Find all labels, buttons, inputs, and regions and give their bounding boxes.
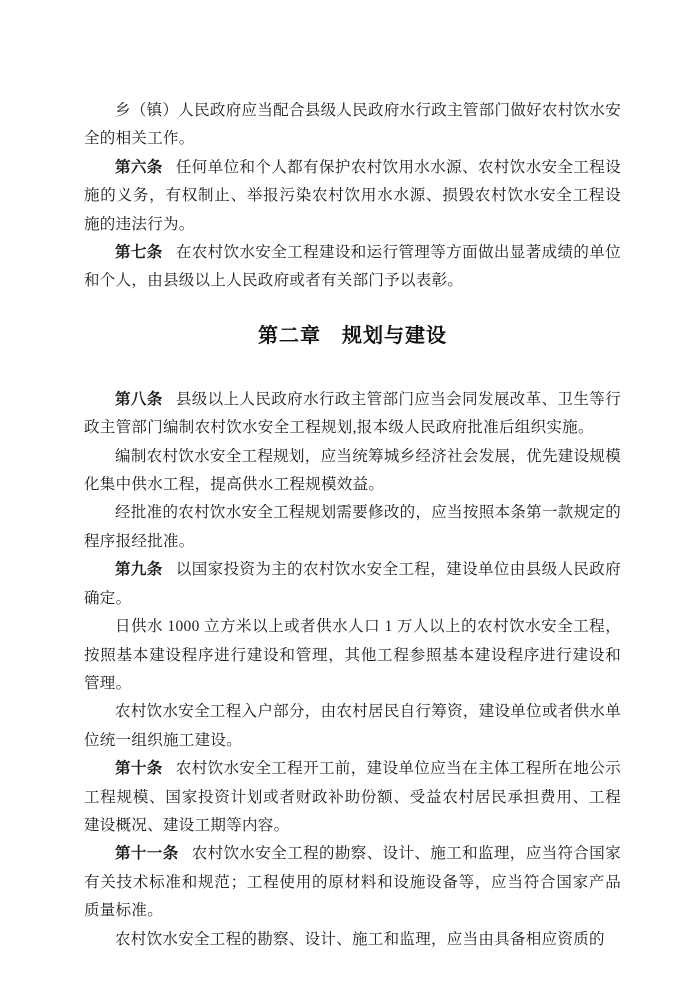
paragraph: 乡（镇）人民政府应当配合县级人民政府水行政主管部门做好农村饮水安全的相关工作。 bbox=[84, 97, 621, 154]
article-number: 第十条 bbox=[115, 760, 163, 777]
article-number: 第八条 bbox=[115, 391, 163, 408]
paragraph-article-7: 第七条在农村饮水安全工程建设和运行管理等方面做出显著成绩的单位和个人，由县级以上… bbox=[84, 239, 621, 296]
document-page: 乡（镇）人民政府应当配合县级人民政府水行政主管部门做好农村饮水安全的相关工作。 … bbox=[0, 0, 695, 982]
paragraph-text: 县级以上人民政府水行政主管部门应当会同发展改革、卫生等行政主管部门编制农村饮水安… bbox=[84, 391, 621, 436]
paragraph-text: 经批准的农村饮水安全工程规划需要修改的，应当按照本条第一款规定的程序报经批准。 bbox=[84, 504, 621, 549]
paragraph-text: 农村饮水安全工程的勘察、设计、施工和监理，应当由具备相应资质的 bbox=[115, 931, 605, 948]
paragraph-text: 以国家投资为主的农村饮水安全工程，建设单位由县级人民政府确定。 bbox=[84, 561, 621, 606]
paragraph: 农村饮水安全工程的勘察、设计、施工和监理，应当由具备相应资质的 bbox=[84, 926, 621, 954]
paragraph: 农村饮水安全工程入户部分，由农村居民自行筹资，建设单位或者供水单位统一组织施工建… bbox=[84, 698, 621, 755]
paragraph-article-9: 第九条以国家投资为主的农村饮水安全工程，建设单位由县级人民政府确定。 bbox=[84, 556, 621, 613]
paragraph-text: 农村饮水安全工程入户部分，由农村居民自行筹资，建设单位或者供水单位统一组织施工建… bbox=[84, 703, 621, 748]
paragraph-text: 任何单位和个人都有保护农村饮用水水源、农村饮水安全工程设施的义务，有权制止、举报… bbox=[84, 159, 621, 233]
paragraph-text: 乡（镇）人民政府应当配合县级人民政府水行政主管部门做好农村饮水安全的相关工作。 bbox=[84, 102, 621, 147]
paragraph-text: 编制农村饮水安全工程规划，应当统筹城乡经济社会发展，优先建设规模化集中供水工程，… bbox=[84, 448, 621, 493]
paragraph: 编制农村饮水安全工程规划，应当统筹城乡经济社会发展，优先建设规模化集中供水工程，… bbox=[84, 443, 621, 500]
article-number: 第十一条 bbox=[115, 845, 179, 862]
chapter-heading: 第二章 规划与建设 bbox=[84, 323, 621, 349]
article-number: 第六条 bbox=[115, 159, 163, 176]
paragraph-text: 农村饮水安全工程开工前，建设单位应当在主体工程所在地公示工程规模、国家投资计划或… bbox=[84, 760, 621, 834]
document-body: 乡（镇）人民政府应当配合县级人民政府水行政主管部门做好农村饮水安全的相关工作。 … bbox=[84, 97, 621, 954]
article-number: 第七条 bbox=[115, 244, 163, 261]
paragraph: 日供水 1000 立方米以上或者供水人口 1 万人以上的农村饮水安全工程，按照基… bbox=[84, 613, 621, 698]
paragraph-text: 日供水 1000 立方米以上或者供水人口 1 万人以上的农村饮水安全工程，按照基… bbox=[84, 618, 621, 692]
paragraph-article-11: 第十一条农村饮水安全工程的勘察、设计、施工和监理，应当符合国家有关技术标准和规范… bbox=[84, 840, 621, 925]
paragraph-article-10: 第十条农村饮水安全工程开工前，建设单位应当在主体工程所在地公示工程规模、国家投资… bbox=[84, 755, 621, 840]
article-number: 第九条 bbox=[115, 561, 163, 578]
paragraph-article-8: 第八条县级以上人民政府水行政主管部门应当会同发展改革、卫生等行政主管部门编制农村… bbox=[84, 386, 621, 443]
paragraph-article-6: 第六条任何单位和个人都有保护农村饮用水水源、农村饮水安全工程设施的义务，有权制止… bbox=[84, 154, 621, 239]
paragraph-text: 在农村饮水安全工程建设和运行管理等方面做出显著成绩的单位和个人，由县级以上人民政… bbox=[84, 244, 621, 289]
paragraph: 经批准的农村饮水安全工程规划需要修改的，应当按照本条第一款规定的程序报经批准。 bbox=[84, 499, 621, 556]
